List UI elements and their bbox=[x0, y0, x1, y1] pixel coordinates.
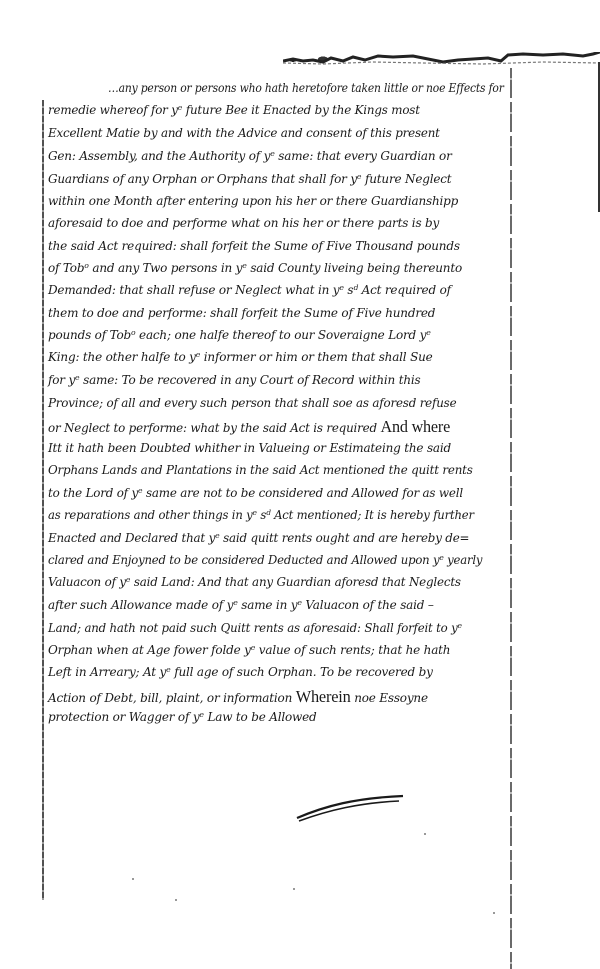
section-heading-and-where: And where bbox=[380, 417, 450, 436]
text-line: the said Act required: shall forfeit the… bbox=[48, 238, 460, 253]
text-line: Orphan when at Age fower folde yᵉ value … bbox=[48, 642, 450, 657]
text-line: Gen: Assembly, and the Authority of yᵉ s… bbox=[48, 148, 452, 163]
text-line: within one Month after entering upon his… bbox=[48, 193, 458, 208]
text-line: for yᵉ same: To be recovered in any Cour… bbox=[48, 372, 420, 387]
torn-top-edge bbox=[283, 52, 600, 68]
paper-speck bbox=[175, 899, 177, 901]
paper-speck bbox=[493, 912, 495, 914]
text-line: aforesaid to doe and performe what on hi… bbox=[48, 215, 439, 230]
text-line: Demanded: that shall refuse or Neglect w… bbox=[48, 282, 451, 297]
text-line: Left in Arreary; At yᵉ full age of such … bbox=[48, 664, 433, 679]
text-line: Guardians of any Orphan or Orphans that … bbox=[48, 171, 451, 186]
text-line-body: Action of Debt, bill, plaint, or informa… bbox=[48, 690, 292, 705]
paper-speck bbox=[424, 833, 426, 835]
text-line: as reparations and other things in yᵉ sᵈ… bbox=[48, 507, 474, 522]
text-line: Action of Debt, bill, plaint, or informa… bbox=[48, 687, 428, 707]
text-line: remedie whereof for yᵉ future Bee it Ena… bbox=[48, 102, 420, 117]
text-line: Excellent Matie by and with the Advice a… bbox=[48, 125, 440, 140]
text-line: Enacted and Declared that yᵉ said quitt … bbox=[48, 530, 469, 545]
section-heading-wherein: Wherein bbox=[296, 687, 351, 706]
text-line-tail: noe Essoyne bbox=[354, 690, 428, 705]
paper-speck bbox=[132, 878, 134, 880]
text-line: protection or Wagger of yᵉ Law to be All… bbox=[48, 709, 317, 724]
torn-edge-shape bbox=[283, 52, 600, 68]
closing-flourish bbox=[295, 782, 405, 822]
paper-speck bbox=[293, 888, 295, 890]
text-line: …any person or persons who hath heretofo… bbox=[108, 80, 504, 95]
text-line: Orphans Lands and Plantations in the sai… bbox=[48, 462, 473, 477]
text-line: to the Lord of yᵉ same are not to be con… bbox=[48, 485, 463, 500]
text-line: or Neglect to performe: what by the said… bbox=[48, 417, 450, 437]
text-line: them to doe and performe: shall forfeit … bbox=[48, 305, 435, 320]
text-line-body: or Neglect to performe: what by the said… bbox=[48, 420, 377, 435]
text-line: Province; of all and every such person t… bbox=[48, 395, 456, 410]
text-line: King: the other halfe to yᵉ informer or … bbox=[48, 349, 433, 364]
text-line: pounds of Tobᵒ each; one halfe thereof t… bbox=[48, 327, 431, 342]
text-line: Land; and hath not paid such Quitt rents… bbox=[48, 620, 462, 635]
text-line: clared and Enjoyned to be considered Ded… bbox=[48, 552, 482, 567]
manuscript-page: …any person or persons who hath heretofo… bbox=[0, 0, 600, 969]
right-margin-rule bbox=[510, 68, 512, 969]
text-line: after such Allowance made of yᵉ same in … bbox=[48, 597, 434, 612]
text-line: Itt it hath been Doubted whither in Valu… bbox=[48, 440, 451, 455]
text-line: of Tobᵒ and any Two persons in yᵉ said C… bbox=[48, 260, 462, 275]
left-margin-rule bbox=[42, 100, 44, 900]
text-line: Valuacon of yᵉ said Land: And that any G… bbox=[48, 574, 461, 589]
